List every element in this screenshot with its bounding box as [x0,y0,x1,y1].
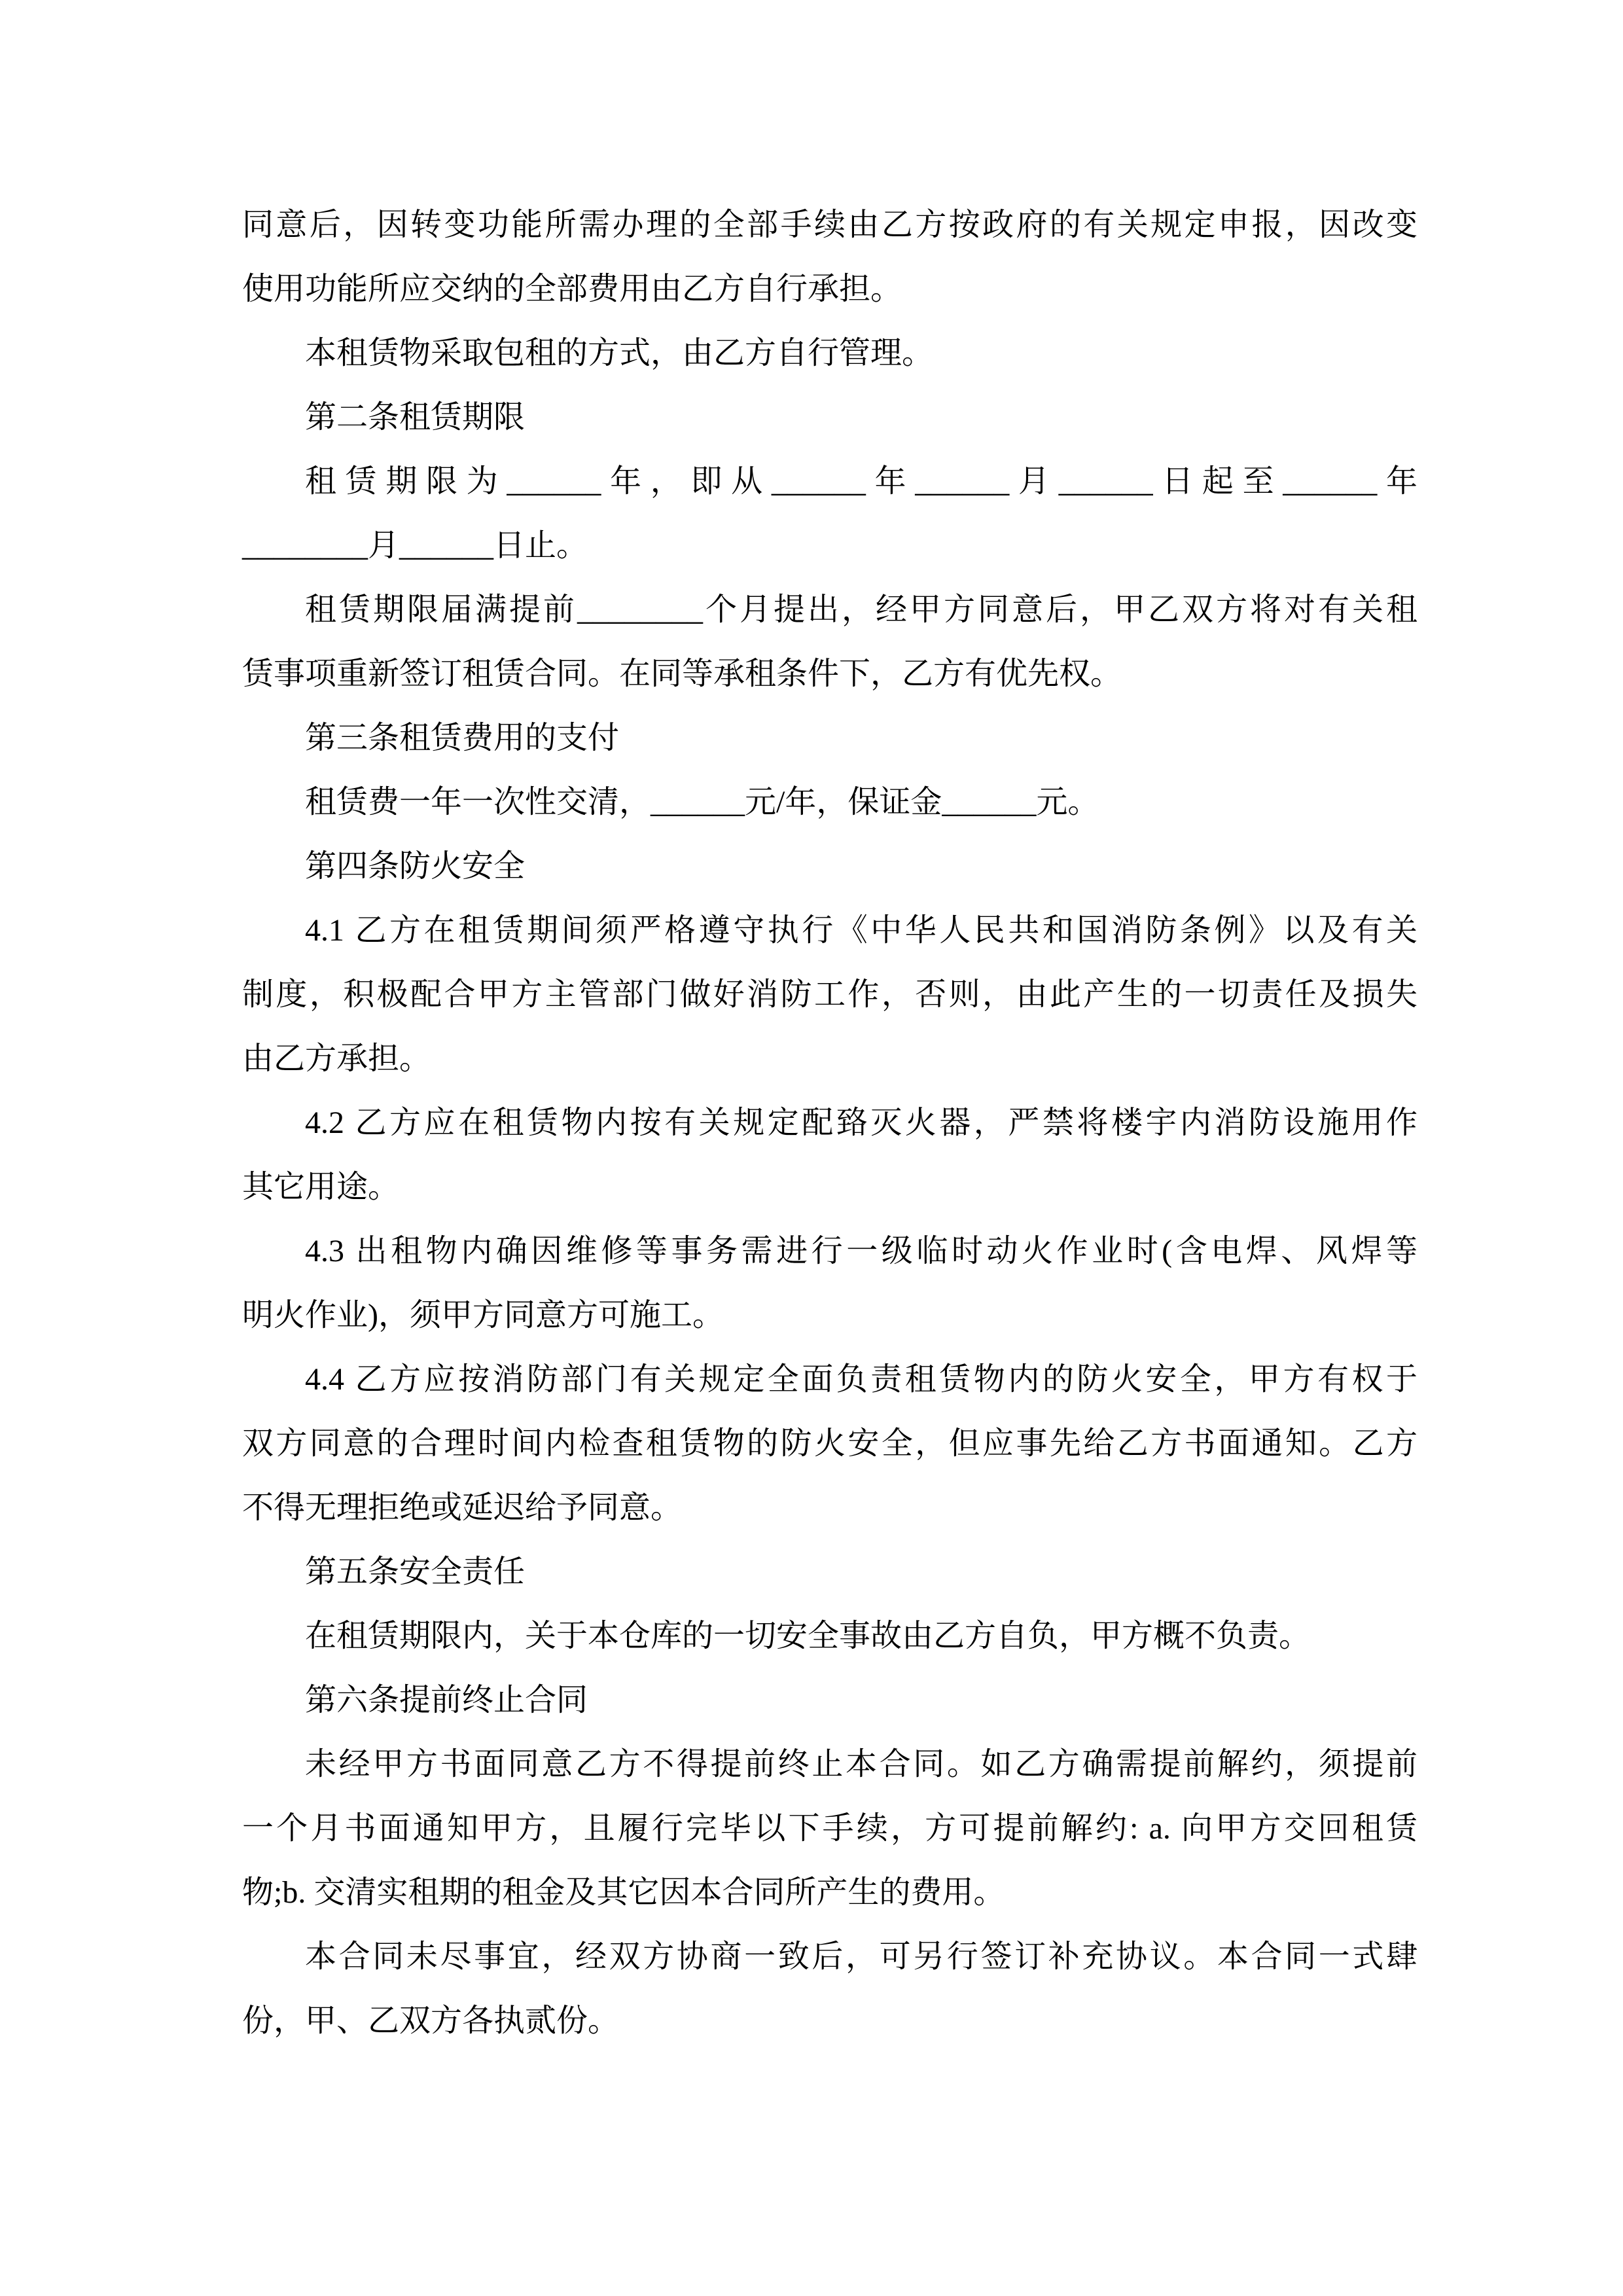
text-line: 不得无理拒绝或延迟给予同意。 [242,1476,1418,1540]
text-line: 未经甲方书面同意乙方不得提前终止本合同。如乙方确需提前解约，须提前 [242,1732,1418,1797]
text-line: 同意后，因转变功能所需办理的全部手续由乙方按政府的有关规定申报，因改变 [242,193,1418,257]
document-body: 同意后，因转变功能所需办理的全部手续由乙方按政府的有关规定申报，因改变使用功能所… [242,193,1418,2053]
text-line: ________月______日止。 [242,514,1418,578]
text-line: 4.2 乙方应在租赁物内按有关规定配臵灭火器，严禁将楼宇内消防设施用作 [242,1091,1418,1155]
text-line: 第二条租赁期限 [242,386,1418,450]
contract-page: 同意后，因转变功能所需办理的全部手续由乙方按政府的有关规定申报，因改变使用功能所… [0,0,1623,2296]
text-line: 份，甲、乙双方各执贰份。 [242,1989,1418,2053]
text-line: 第四条防火安全 [242,834,1418,899]
text-line: 在租赁期限内，关于本仓库的一切安全事故由乙方自负，甲方概不负责。 [242,1604,1418,1668]
text-line: 第五条安全责任 [242,1540,1418,1604]
text-line: 一个月书面通知甲方，且履行完毕以下手续，方可提前解约: a. 向甲方交回租赁 [242,1797,1418,1861]
text-line: 制度，积极配合甲方主管部门做好消防工作，否则，由此产生的一切责任及损失 [242,963,1418,1027]
text-line: 使用功能所应交纳的全部费用由乙方自行承担。 [242,257,1418,321]
text-line: 4.1 乙方在租赁期间须严格遵守执行《中华人民共和国消防条例》以及有关 [242,899,1418,963]
text-line: 由乙方承担。 [242,1027,1418,1091]
text-line: 租赁期限为______年，即从______年______月______日起至__… [242,450,1418,514]
text-line: 其它用途。 [242,1155,1418,1219]
text-line: 赁事项重新签订租赁合同。在同等承租条件下，乙方有优先权。 [242,642,1418,706]
text-line: 第六条提前终止合同 [242,1668,1418,1732]
text-line: 双方同意的合理时间内检查租赁物的防火安全，但应事先给乙方书面通知。乙方 [242,1412,1418,1476]
text-line: 4.3 出租物内确因维修等事务需进行一级临时动火作业时(含电焊、风焊等 [242,1219,1418,1283]
text-line: 租赁费一年一次性交清，______元/年，保证金______元。 [242,770,1418,834]
text-line: 本租赁物采取包租的方式，由乙方自行管理。 [242,321,1418,386]
text-line: 本合同未尽事宜，经双方协商一致后，可另行签订补充协议。本合同一式肆 [242,1925,1418,1989]
text-line: 明火作业)，须甲方同意方可施工。 [242,1283,1418,1348]
text-line: 物;b. 交清实租期的租金及其它因本合同所产生的费用。 [242,1861,1418,1925]
text-line: 4.4 乙方应按消防部门有关规定全面负责租赁物内的防火安全，甲方有权于 [242,1348,1418,1412]
text-line: 第三条租赁费用的支付 [242,706,1418,770]
text-line: 租赁期限届满提前________个月提出，经甲方同意后，甲乙双方将对有关租 [242,578,1418,642]
